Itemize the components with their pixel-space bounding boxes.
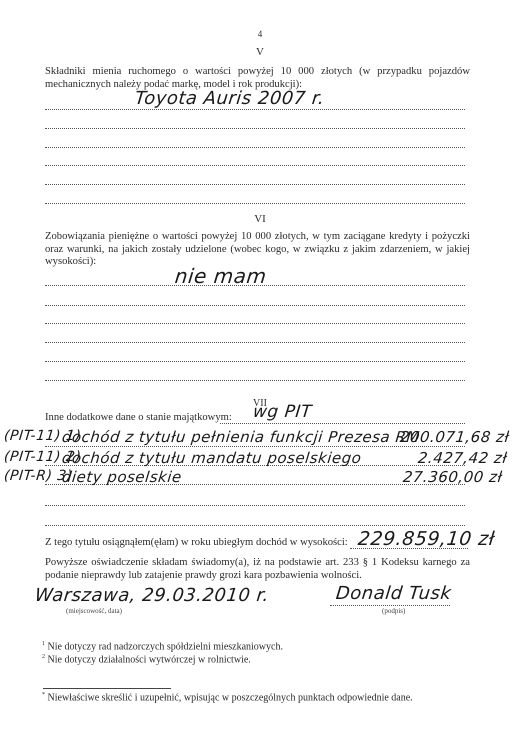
blank-line xyxy=(45,380,465,381)
footnote-text: Nie dotyczy rad nadzorczych spółdzielni … xyxy=(48,641,283,652)
blank-line xyxy=(45,525,465,526)
footnote-mark: 1 xyxy=(42,641,45,647)
footnote-mark: 2 xyxy=(42,654,45,660)
signature-caption: (podpis) xyxy=(382,607,405,615)
income-value: 229.859,10 zł xyxy=(357,528,496,550)
answer-line xyxy=(45,446,465,447)
section-vi-text: Zobowiązania pieniężne o wartości powyże… xyxy=(45,231,470,269)
item-amount: 200.071,68 zł xyxy=(399,428,510,446)
blank-line xyxy=(45,165,465,166)
item-description: dochód z tytułu pełnienia funkcji Prezes… xyxy=(61,428,421,446)
section-v-answer: Toyota Auris 2007 r. xyxy=(134,88,326,109)
section-vii-answer-header: wg PIT xyxy=(252,402,313,422)
signature: Donald Tusk xyxy=(335,583,453,604)
section-vi-heading: VI xyxy=(0,213,520,226)
blank-line xyxy=(45,305,465,306)
blank-line xyxy=(45,342,465,343)
page-number: 4 xyxy=(0,28,520,41)
footnote-2: 2 Nie dotyczy działalności wytwórczej w … xyxy=(42,652,251,666)
answer-line xyxy=(45,285,465,286)
declaration-text: Powyższe oświadczenie składam świadomy(a… xyxy=(45,557,470,582)
place-date: Warszawa, 29.03.2010 r. xyxy=(34,585,270,606)
blank-line xyxy=(45,128,465,129)
place-date-caption: (miejscowość, data) xyxy=(66,607,122,615)
star-note-text: Niewłaściwe skreślić i uzupełnić, wpisuj… xyxy=(48,692,413,703)
item-amount: 27.360,00 zł xyxy=(402,468,503,486)
blank-line xyxy=(45,147,465,148)
item-amount: 2.427,42 zł xyxy=(417,449,508,467)
section-v-heading: V xyxy=(0,46,520,59)
blank-line xyxy=(45,203,465,204)
answer-line xyxy=(220,423,465,424)
footnote-1: 1 Nie dotyczy rad nadzorczych spółdzieln… xyxy=(42,639,283,653)
star-note: * Niewłaściwe skreślić i uzupełnić, wpis… xyxy=(42,690,413,704)
item-description: diety poselskie xyxy=(61,468,183,486)
income-label: Z tego tytułu osiągnąłem(ęłam) w roku ub… xyxy=(45,537,348,550)
star-mark: * xyxy=(42,692,45,698)
answer-line xyxy=(45,109,465,110)
item-description: dochód z tytułu mandatu poselskiego xyxy=(61,449,362,467)
blank-line xyxy=(45,323,465,324)
signature-line xyxy=(330,605,450,606)
footnote-divider xyxy=(43,688,171,689)
blank-line xyxy=(45,505,465,506)
footnote-text: Nie dotyczy działalności wytwórczej w ro… xyxy=(48,654,251,665)
blank-line xyxy=(45,361,465,362)
blank-line xyxy=(45,184,465,185)
section-vii-label: Inne dodatkowe dane o stanie majątkowym: xyxy=(45,412,232,425)
